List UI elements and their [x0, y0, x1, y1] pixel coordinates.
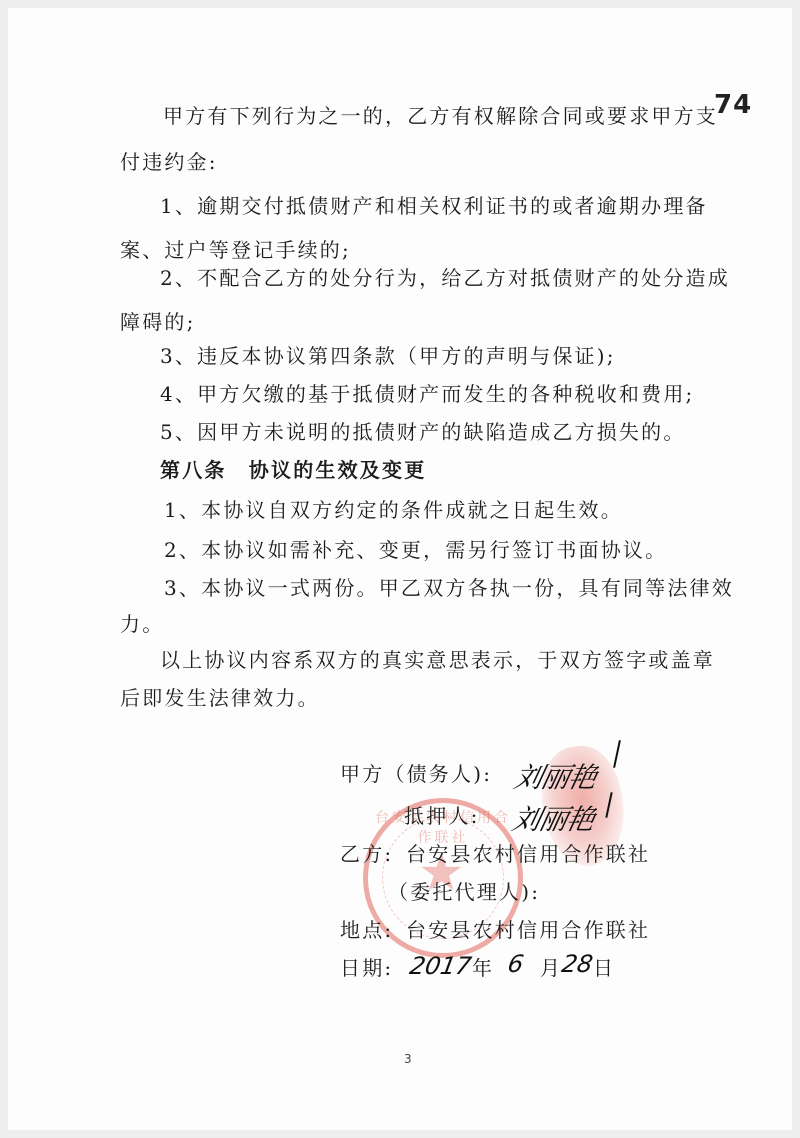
party-a-signature: 刘丽艳	[511, 756, 601, 796]
mortgagor-label: 抵押人:	[404, 804, 480, 828]
mortgagor-signature: 刘丽艳	[509, 798, 599, 838]
page-mark-number: 74	[714, 90, 752, 120]
article-8-heading: 第八条 协议的生效及变更	[160, 458, 426, 482]
document-page: 74 甲方有下列行为之一的，乙方有权解除合同或要求甲方支 付违约金: 1、逾期交…	[8, 8, 792, 1130]
breach-item-5: 5、因甲方未说明的抵债财产的缺陷造成乙方损失的。	[160, 420, 686, 444]
article-8-clause-3-line2: 力。	[120, 612, 164, 636]
agent-label: （委托代理人):	[388, 880, 540, 904]
date-day-handwritten: 28	[560, 950, 595, 978]
breach-item-3: 3、违反本协议第四条款（甲方的声明与保证);	[160, 344, 616, 368]
breach-item-1-line2: 案、过户等登记手续的;	[120, 238, 351, 262]
breach-item-1-line1: 1、逾期交付抵债财产和相关权利证书的或者逾期办理备	[160, 194, 708, 218]
date-month-handwritten: 6	[506, 950, 526, 978]
party-a-label: 甲方（债务人):	[340, 762, 492, 786]
date-day-unit: 日	[593, 956, 615, 980]
location-label: 地点:	[340, 918, 393, 942]
date-year-handwritten: 2017	[408, 952, 474, 980]
paragraph-breach-intro-line1: 甲方有下列行为之一的，乙方有权解除合同或要求甲方支	[163, 104, 718, 128]
breach-item-2-line1: 2、不配合乙方的处分行为，给乙方对抵债财产的处分造成	[160, 266, 730, 290]
location-value: 台安县农村信用合作联社	[406, 918, 650, 942]
date-year-unit: 年	[472, 956, 494, 980]
signature-stroke	[613, 740, 621, 768]
party-b-value: 台安县农村信用合作联社	[406, 842, 650, 866]
closing-statement-line1: 以上协议内容系双方的真实意思表示，于双方签字或盖章	[160, 648, 715, 672]
article-8-clause-1: 1、本协议自双方约定的条件成就之日起生效。	[164, 498, 623, 522]
breach-item-4: 4、甲方欠缴的基于抵债财产而发生的各种税收和费用;	[160, 382, 694, 406]
article-8-clause-2: 2、本协议如需补充、变更，需另行签订书面协议。	[164, 538, 667, 562]
article-8-clause-3-line1: 3、本协议一式两份。甲乙双方各执一份，具有同等法律效	[164, 576, 734, 600]
breach-item-2-line2: 障碍的;	[120, 310, 196, 334]
closing-statement-line2: 后即发生法律效力。	[120, 686, 320, 710]
paragraph-breach-intro-line2: 付违约金:	[120, 150, 218, 174]
page-number: 3	[404, 1052, 412, 1066]
date-label: 日期:	[340, 956, 393, 980]
party-b-label: 乙方:	[340, 842, 393, 866]
